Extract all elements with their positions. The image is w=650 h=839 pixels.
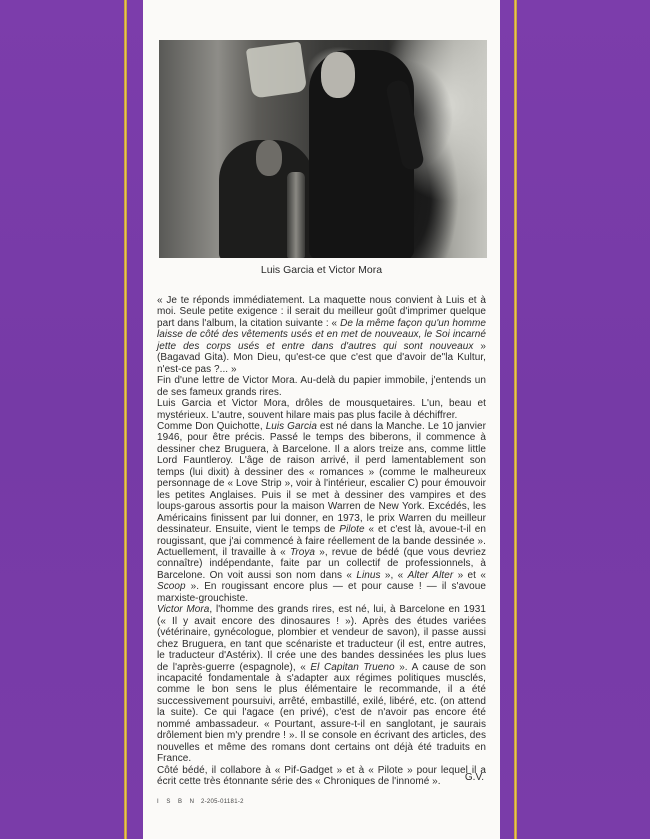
text: », « [381,570,408,581]
author-photo [159,40,487,258]
text: » et « [453,570,486,581]
text: est né dans la Manche. Le 10 janvier 194… [157,421,486,535]
isbn-line: I S B N 2-205-01181-2 [157,799,244,805]
text: Côté bédé, il collabore à « Pif-Gadget »… [157,765,486,787]
isbn-label: I S B N [157,799,197,805]
photo-lamp-shape [246,41,307,98]
photo-caption: Luis Garcia et Victor Mora [143,264,500,276]
italic-text: Linus [356,570,380,581]
photo-face-left [256,140,282,176]
text: ». A cause de son incapacité fondamental… [157,662,486,765]
article-paragraph: Luis Garcia et Victor Mora, drôles de mo… [157,398,486,421]
gold-rule-left [124,0,127,839]
photo-bottle [287,172,305,258]
italic-text: Scoop [157,581,186,592]
italic-text: Pilote [339,524,364,535]
article-paragraph: Comme Don Quichotte, Luis Garcia est né … [157,421,486,604]
italic-text: Troya [290,547,315,558]
article-paragraph: Côté bédé, il collabore à « Pif-Gadget »… [157,765,486,788]
article-paragraph: Fin d'une lettre de Victor Mora. Au-delà… [157,375,486,398]
isbn-number: 2-205-01181-2 [201,799,244,805]
text: Fin d'une lettre de Victor Mora. Au-delà… [157,375,486,397]
photo-face-right [321,52,355,98]
article-paragraph: Victor Mora, l'homme des grands rires, e… [157,604,486,764]
italic-text: El Capitan Trueno [310,662,394,673]
text: Comme Don Quichotte, [157,421,266,432]
italic-text: Alter Alter [408,570,454,581]
text: ». En rougissant encore plus — et pour c… [157,581,486,603]
article-body: « Je te réponds immédiatement. La maquet… [157,295,486,787]
italic-text: Victor Mora [157,604,209,615]
gold-rule-right [514,0,517,839]
author-signature: G.V. [465,772,484,783]
article-paragraph: « Je te réponds immédiatement. La maquet… [157,295,486,375]
back-cover-panel: Luis Garcia et Victor Mora « Je te répon… [143,0,500,839]
text: Luis Garcia et Victor Mora, drôles de mo… [157,398,486,420]
italic-text: Luis Garcia [266,421,317,432]
